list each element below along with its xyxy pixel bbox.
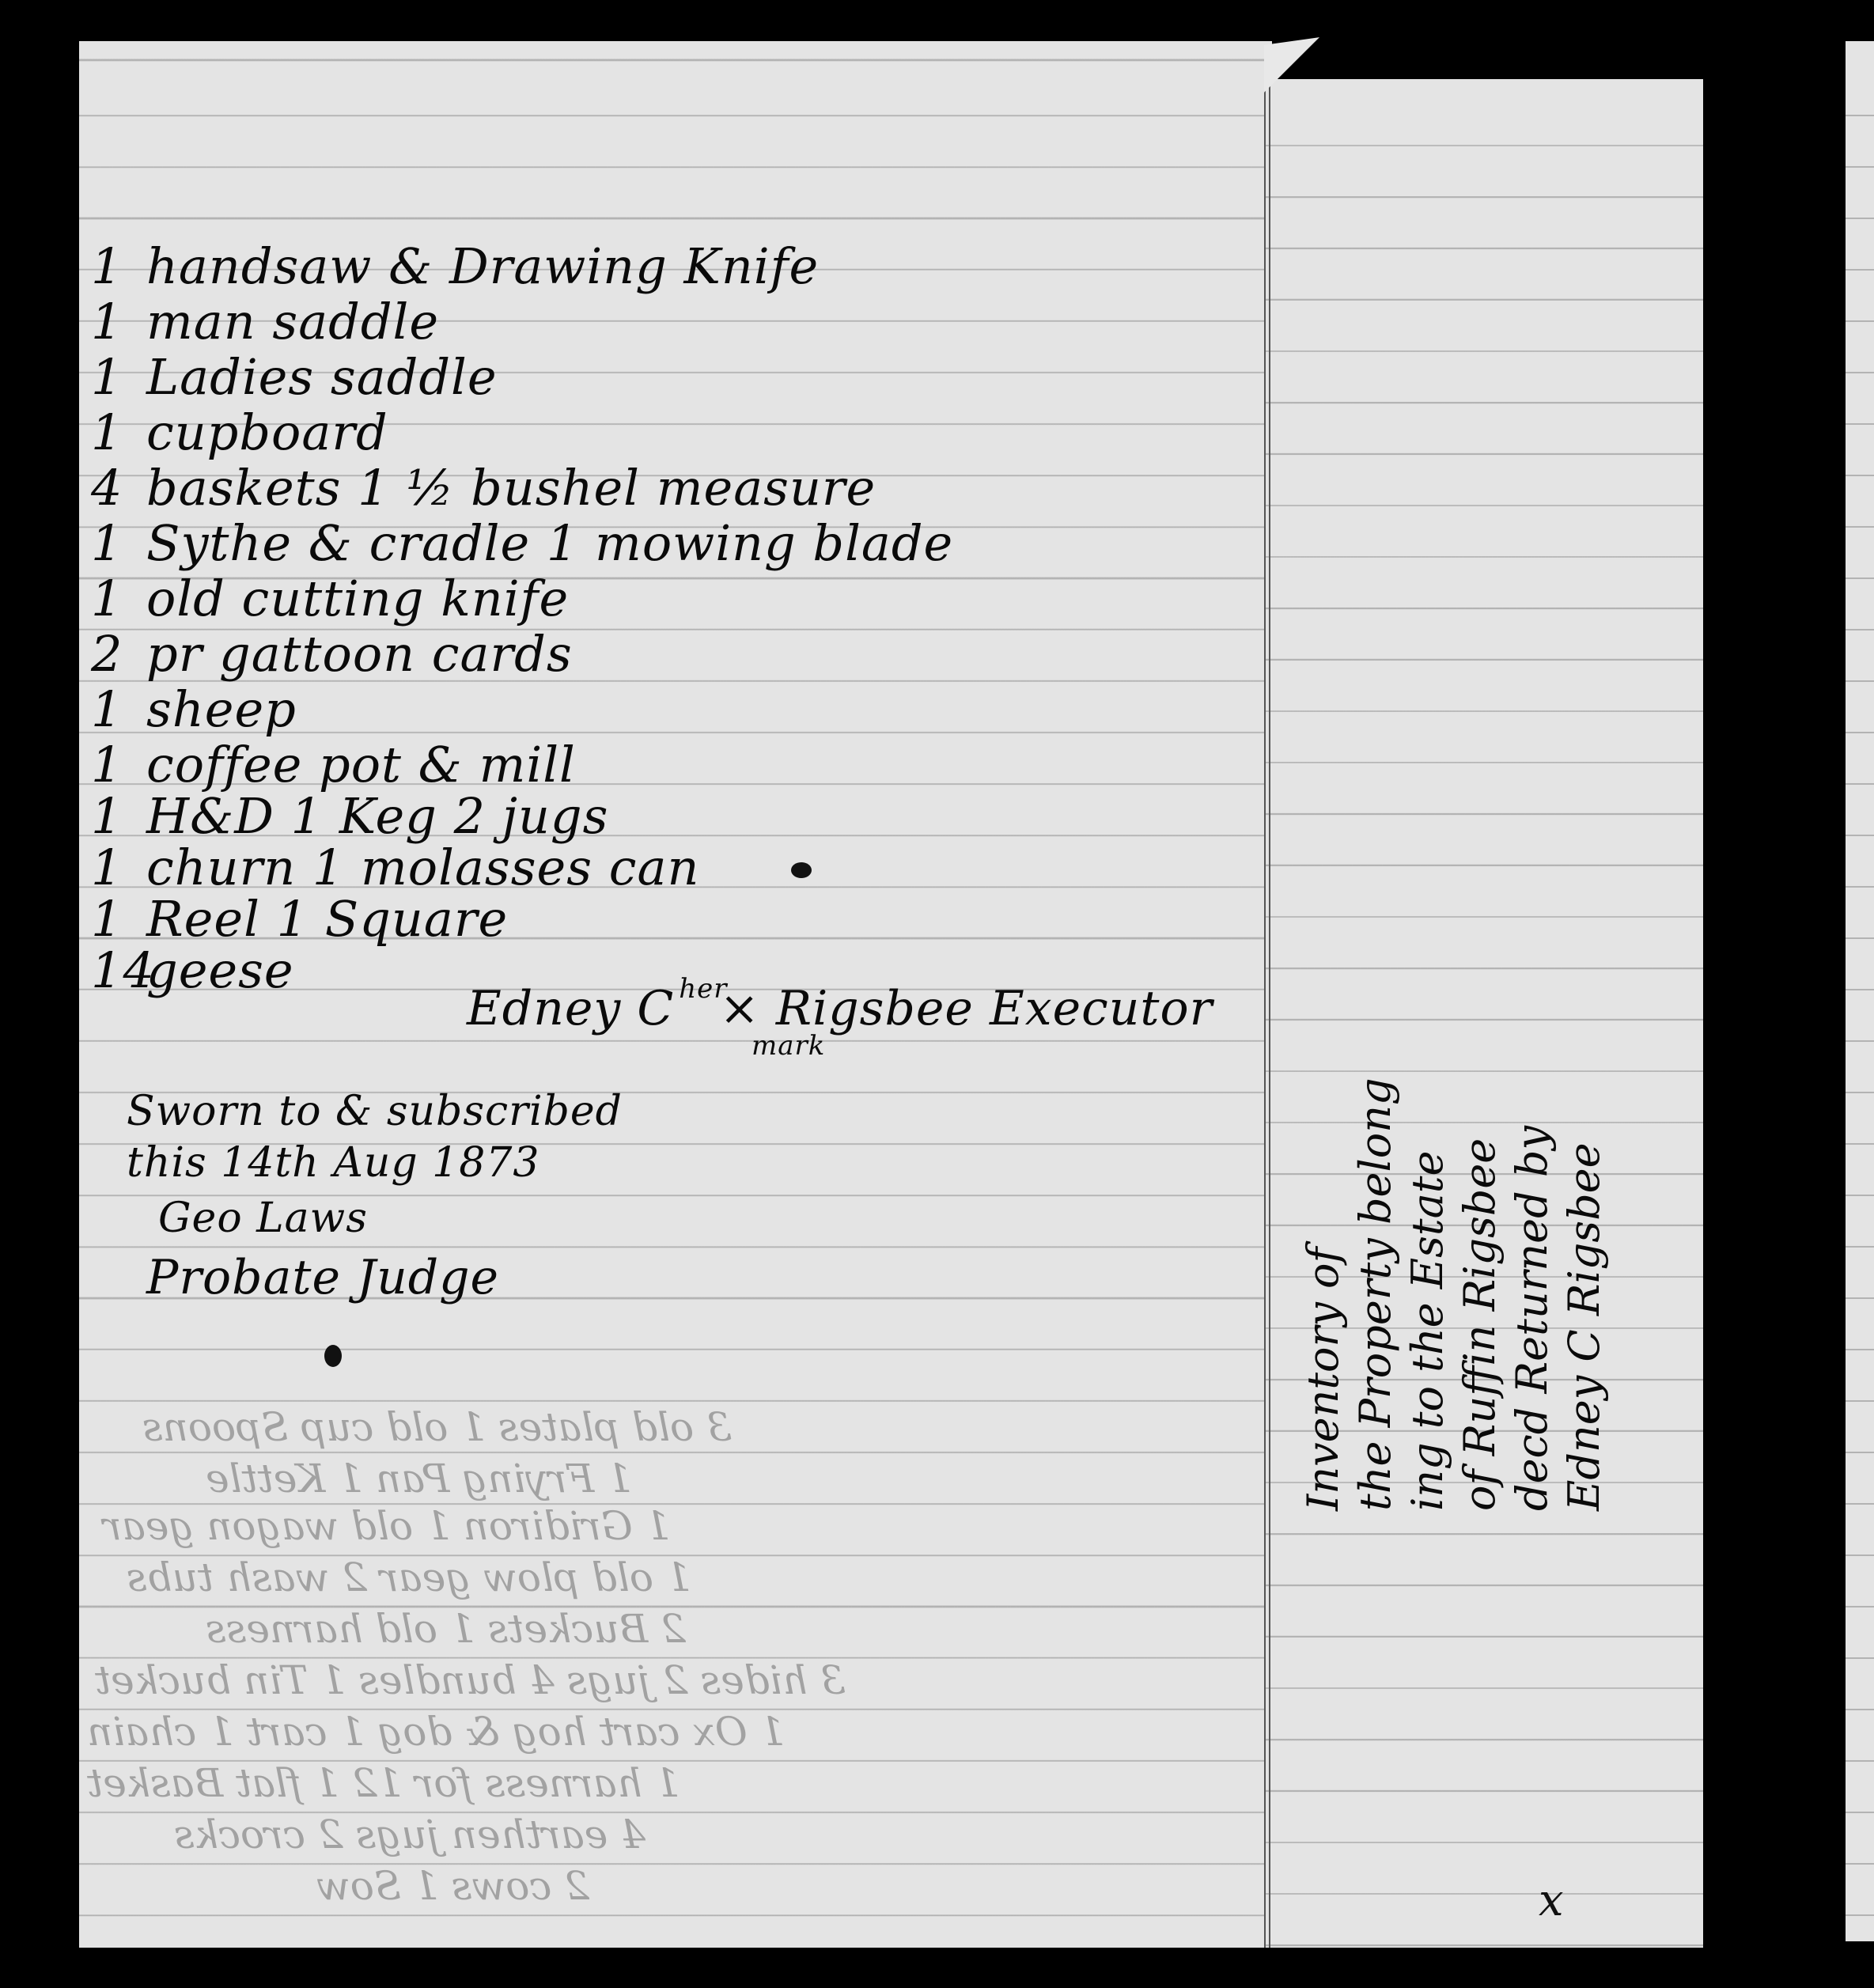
- bleed-through-line: 1 harness for 12 1 flat Basket: [87, 1760, 680, 1806]
- corner-mark: x: [1539, 1875, 1564, 1926]
- inventory-item: 1sheep: [91, 680, 297, 738]
- bleed-through-line: 3 old plates 1 old cup Spoons: [142, 1404, 732, 1450]
- jurat-line-2: this 14th Aug 1873: [127, 1139, 540, 1187]
- inventory-item: 1Reel 1 Square: [91, 890, 508, 948]
- folded-corner: [1264, 37, 1319, 93]
- margin-rule: [1264, 79, 1270, 1948]
- ink-blot: [791, 862, 812, 878]
- bleed-through-line: 1 Ox cart hog & dog 1 cart 1 chain: [87, 1709, 785, 1755]
- inventory-item: 14geese: [91, 941, 294, 999]
- inventory-item: 1handsaw & Drawing Knife: [91, 237, 819, 295]
- docket-page: [1264, 79, 1703, 1948]
- bleed-through-line: 4 earthen jugs 2 crocks: [174, 1812, 645, 1857]
- inventory-item: 1Sythe & cradle 1 mowing blade: [91, 514, 953, 572]
- inventory-item: 1coffee pot & mill: [91, 736, 576, 793]
- ink-blot: [324, 1345, 342, 1367]
- inventory-item: 1churn 1 molasses can: [91, 839, 699, 896]
- inventory-item: 1old cutting knife: [91, 570, 569, 627]
- inventory-item: 2pr gattoon cards: [91, 625, 573, 683]
- bleed-through-line: 1 Frying Pan 1 Kettle: [206, 1456, 632, 1501]
- inventory-item: 1H&D 1 Keg 2 jugs: [91, 787, 608, 845]
- bleed-through-line: 1 Gridiron 1 old wagon gear: [103, 1503, 670, 1549]
- bleed-through-line: 1 old plow gear 2 wash tubs: [127, 1554, 691, 1600]
- executor-signature: Edney Cher× Rigsbee Executor mark: [467, 981, 1213, 1036]
- judge-title: Probate Judge: [146, 1250, 499, 1305]
- adjacent-page-edge: [1846, 41, 1874, 1941]
- inventory-item: 1man saddle: [91, 293, 439, 350]
- jurat-line-1: Sworn to & subscribed: [127, 1088, 623, 1135]
- judge-name: Geo Laws: [158, 1195, 368, 1242]
- inventory-item: 1Ladies saddle: [91, 348, 498, 406]
- bleed-through-line: 2 Buckets 1 old harness: [206, 1606, 686, 1652]
- docket-endorsement: Inventory of the Property belong ing to …: [1297, 1077, 1611, 1511]
- inventory-item: 4baskets 1 ½ bushel measure: [91, 459, 876, 517]
- inventory-item: 1cupboard: [91, 403, 388, 461]
- bleed-through-line: 2 cows 1 Sow: [316, 1863, 589, 1909]
- bleed-through-line: 3 hides 2 jugs 4 bundles 1 Tin bucket: [95, 1657, 846, 1703]
